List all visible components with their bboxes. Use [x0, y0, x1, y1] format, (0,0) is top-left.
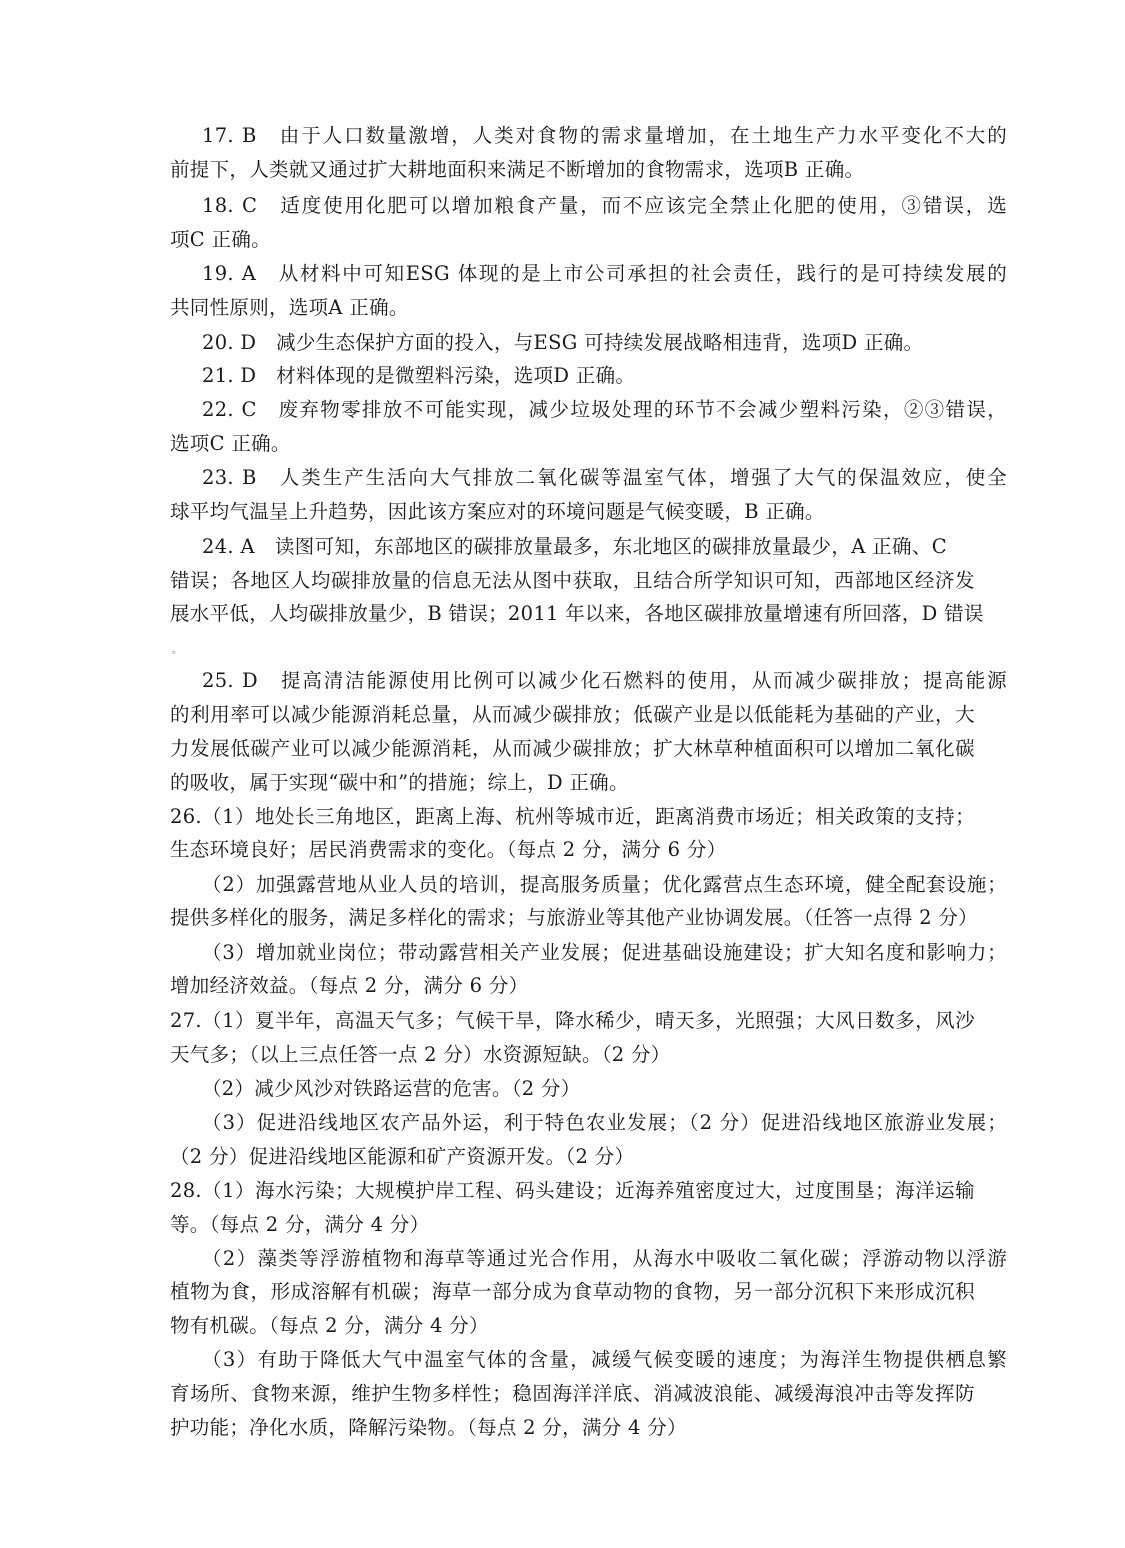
answer-28-3-line-2: 育场所、食物来源，维护生物多样性；稳固海洋洋底、消减波浪能、减缓海浪冲击等发挥防 — [170, 1381, 975, 1407]
answer-18-line-2: 项C 正确。 — [170, 227, 975, 253]
answer-17-line-2: 前提下，人类就又通过扩大耕地面积来满足不断增加的食物需求，选项B 正确。 — [170, 157, 975, 183]
answer-28-1-line-2: 等。（每点 2 分，满分 4 分） — [170, 1212, 975, 1238]
answer-26-3-line-2: 增加经济效益。（每点 2 分，满分 6 分） — [170, 973, 975, 999]
answer-19-line-1: 19. A 从材料中可知ESG 体现的是上市公司承担的社会责任，践行的是可持续发… — [202, 261, 1007, 287]
answer-24-line-1: 24. A 读图可知，东部地区的碳排放量最多，东北地区的碳排放量最少，A 正确、… — [202, 534, 947, 560]
answer-25-line-1: 25. D 提高清洁能源使用比例可以减少化石燃料的使用，从而减少碳排放；提高能源 — [202, 668, 1007, 694]
answer-24-line-2: 错误；各地区人均碳排放量的信息无法从图中获取，且结合所学知识可知，西部地区经济发 — [170, 568, 975, 594]
answer-20-line-1: 20. D 减少生态保护方面的投入，与ESG 可持续发展战略相违背，选项D 正确… — [202, 330, 1007, 356]
answer-27-1-line-1: 27.（1）夏半年，高温天气多；气候干旱，降水稀少，晴天多，光照强；大风日数多，… — [170, 1008, 975, 1034]
answer-23-line-2: 球平均气温呈上升趋势，因此该方案应对的环境问题是气候变暖，B 正确。 — [170, 499, 975, 525]
answer-24-line-4: 。 — [172, 638, 977, 664]
answer-25-line-3: 力发展低碳产业可以减少能源消耗，从而减少碳排放；扩大林草种植面积可以增加二氧化碳 — [170, 736, 975, 762]
answer-18-line-1: 18. C 适度使用化肥可以增加粮食产量，而不应该完全禁止化肥的使用，③错误，选 — [202, 193, 1007, 219]
answer-28-2-line-3: 物有机碳。（每点 2 分，满分 4 分） — [170, 1313, 975, 1339]
answer-22-line-1: 22. C 废弃物零排放不可能实现，减少垃圾处理的环节不会减少塑料污染，②③错误… — [202, 397, 1007, 423]
answer-28-2-line-1: （2）藻类等浮游植物和海草等通过光合作用，从海水中吸收二氧化碳；浮游动物以浮游 — [202, 1246, 1007, 1272]
answer-28-3-line-3: 护功能；净化水质，降解污染物。（每点 2 分，满分 4 分） — [170, 1415, 975, 1441]
answer-26-2-line-1: （2）加强露营地从业人员的培训，提高服务质量；优化露营点生态环境，健全配套设施； — [202, 872, 1007, 898]
answer-27-1-line-2: 天气多；（以上三点任答一点 2 分）水资源短缺。（2 分） — [170, 1042, 975, 1068]
answer-24-line-3: 展水平低，人均碳排放量少，B 错误；2011 年以来，各地区碳排放量增速有所回落… — [170, 601, 975, 627]
answer-27-3-line-1: （3）促进沿线地区农产品外运，利于特色农业发展；（2 分）促进沿线地区旅游业发展… — [202, 1110, 1007, 1136]
answer-28-1-line-1: 28.（1）海水污染；大规模护岸工程、码头建设；近海养殖密度过大，过度围垦；海洋… — [170, 1178, 975, 1204]
answer-26-2-line-2: 提供多样化的服务，满足多样化的需求；与旅游业等其他产业协调发展。（任答一点得 2… — [170, 905, 975, 931]
answer-17-line-1: 17. B 由于人口数量激增，人类对食物的需求量增加，在土地生产力水平变化不大的 — [202, 123, 1007, 149]
answer-21-line-1: 21. D 材料体现的是微塑料污染，选项D 正确。 — [202, 363, 1007, 389]
answer-28-2-line-2: 植物为食，形成溶解有机碳；海草一部分成为食草动物的食物，另一部分沉积下来形成沉积 — [170, 1279, 975, 1305]
answer-26-3-line-1: （3）增加就业岗位；带动露营相关产业发展；促进基础设施建设；扩大知名度和影响力； — [202, 940, 1007, 966]
answer-25-line-2: 的利用率可以减少能源消耗总量，从而减少碳排放；低碳产业是以低能耗为基础的产业，大 — [170, 702, 975, 728]
answer-26-1-line-1: 26.（1）地处长三角地区，距离上海、杭州等城市近，距离消费市场近；相关政策的支… — [170, 804, 975, 830]
answer-26-1-line-2: 生态环境良好；居民消费需求的变化。（每点 2 分，满分 6 分） — [170, 837, 975, 863]
answer-key-page: 17. B 由于人口数量激增，人类对食物的需求量增加，在土地生产力水平变化不大的… — [0, 0, 1125, 1548]
answer-23-line-1: 23. B 人类生产生活向大气排放二氧化碳等温室气体，增强了大气的保温效应，使全 — [202, 465, 1007, 491]
answer-25-line-4: 的吸收，属于实现“碳中和”的措施；综上，D 正确。 — [170, 770, 975, 796]
answer-22-line-2: 选项C 正确。 — [170, 431, 975, 457]
answer-28-3-line-1: （3）有助于降低大气中温室气体的含量，减缓气候变暖的速度；为海洋生物提供栖息繁 — [202, 1347, 1007, 1373]
answer-27-2-line-1: （2）减少风沙对铁路运营的危害。（2 分） — [202, 1076, 1007, 1102]
answer-19-line-2: 共同性原则，选项A 正确。 — [170, 295, 975, 321]
answer-27-3-line-2: （2 分）促进沿线地区能源和矿产资源开发。（2 分） — [170, 1144, 975, 1170]
